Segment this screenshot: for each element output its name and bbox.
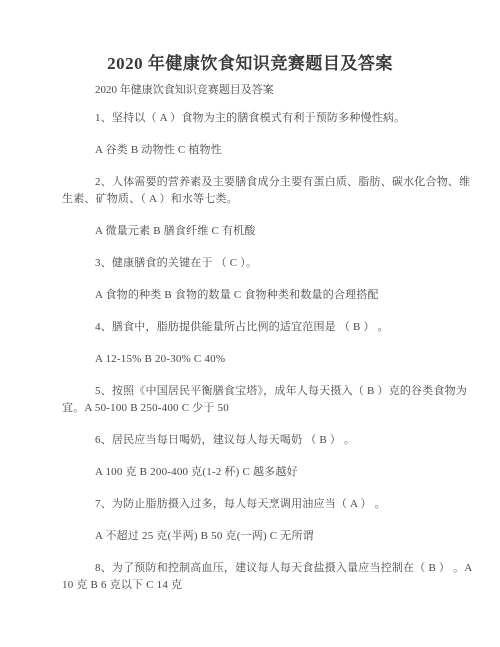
question-7-options: A 不超过 25 克(半两) B 50 克(一两) C 无所谓 bbox=[62, 528, 442, 545]
question-4: 4、膳食中，脂肪提供能量所占比例的适宜范围是 （ B ） 。 bbox=[62, 319, 442, 336]
question-1: 1、坚持以（ A ）食物为主的膳食模式有利于预防多种慢性病。 bbox=[62, 110, 442, 127]
question-7: 7、为防止脂肪摄入过多，每人每天烹调用油应当（ A ） 。 bbox=[62, 496, 442, 513]
question-2: 2、人体需要的营养素及主要膳食成分主要有蛋白质、脂肪、碳水化合物、维生素、矿物质… bbox=[62, 174, 442, 208]
question-8-line-2: 10 克 B 6 克以下 C 14 克 bbox=[62, 577, 442, 594]
question-2-options: A 微量元素 B 膳食纤维 C 有机酸 bbox=[62, 223, 442, 240]
question-2-line-2: 生素、矿物质、（ A ）和水等七类。 bbox=[62, 191, 442, 208]
question-4-options-line-1: A 12-15% B 20-30% C 40% bbox=[62, 351, 442, 368]
question-6: 6、居民应当每日喝奶，建议每人每天喝奶 （ B ） 。 bbox=[62, 432, 442, 449]
question-1-options: A 谷类 B 动物性 C 植物性 bbox=[62, 142, 442, 159]
question-2-line-1: 2、人体需要的营养素及主要膳食成分主要有蛋白质、脂肪、碳水化合物、维 bbox=[62, 174, 442, 191]
question-8: 8、为了预防和控制高血压，建议每人每天食盐摄入量应当控制在（ B ） 。A10 … bbox=[62, 560, 442, 594]
question-4-line-1: 4、膳食中，脂肪提供能量所占比例的适宜范围是 （ B ） 。 bbox=[62, 319, 442, 336]
question-6-options: A 100 克 B 200-400 克(1-2 杯) C 越多越好 bbox=[62, 464, 442, 481]
question-7-options-line-1: A 不超过 25 克(半两) B 50 克(一两) C 无所谓 bbox=[62, 528, 442, 545]
question-1-options-line-1: A 谷类 B 动物性 C 植物性 bbox=[62, 142, 442, 159]
question-3-options-line-1: A 食物的种类 B 食物的数量 C 食物种类和数量的合理搭配 bbox=[62, 287, 442, 304]
question-7-line-1: 7、为防止脂肪摄入过多，每人每天烹调用油应当（ A ） 。 bbox=[62, 496, 442, 513]
question-2-options-line-1: A 微量元素 B 膳食纤维 C 有机酸 bbox=[62, 223, 442, 240]
question-6-line-1: 6、居民应当每日喝奶，建议每人每天喝奶 （ B ） 。 bbox=[62, 432, 442, 449]
question-5-line-1: 5、按照《中国居民平衡膳食宝塔》，成年人每天摄入（ B ）克的谷类食物为 bbox=[62, 383, 442, 400]
question-4-options: A 12-15% B 20-30% C 40% bbox=[62, 351, 442, 368]
question-5: 5、按照《中国居民平衡膳食宝塔》，成年人每天摄入（ B ）克的谷类食物为宜。A … bbox=[62, 383, 442, 417]
document-content: 2020 年健康饮食知识竞赛题目及答案 1、坚持以（ A ）食物为主的膳食模式有… bbox=[62, 82, 442, 594]
question-5-line-2: 宜。A 50-100 B 250-400 C 少于 50 bbox=[62, 400, 442, 417]
document-page: 2020 年健康饮食知识竞赛题目及答案 2020 年健康饮食知识竞赛题目及答案 … bbox=[0, 0, 500, 647]
question-8-line-1: 8、为了预防和控制高血压，建议每人每天食盐摄入量应当控制在（ B ） 。A bbox=[62, 560, 442, 577]
question-1-line-1: 1、坚持以（ A ）食物为主的膳食模式有利于预防多种慢性病。 bbox=[62, 110, 442, 127]
question-3-line-1: 3、健康膳食的关键在于 （ C ）。 bbox=[62, 255, 442, 272]
question-6-options-line-1: A 100 克 B 200-400 克(1-2 杯) C 越多越好 bbox=[62, 464, 442, 481]
document-body: 1、坚持以（ A ）食物为主的膳食模式有利于预防多种慢性病。A 谷类 B 动物性… bbox=[62, 110, 442, 594]
question-3-options: A 食物的种类 B 食物的数量 C 食物种类和数量的合理搭配 bbox=[62, 287, 442, 304]
document-subtitle: 2020 年健康饮食知识竞赛题目及答案 bbox=[62, 82, 442, 99]
document-title: 2020 年健康饮食知识竞赛题目及答案 bbox=[0, 0, 500, 76]
question-3: 3、健康膳食的关键在于 （ C ）。 bbox=[62, 255, 442, 272]
